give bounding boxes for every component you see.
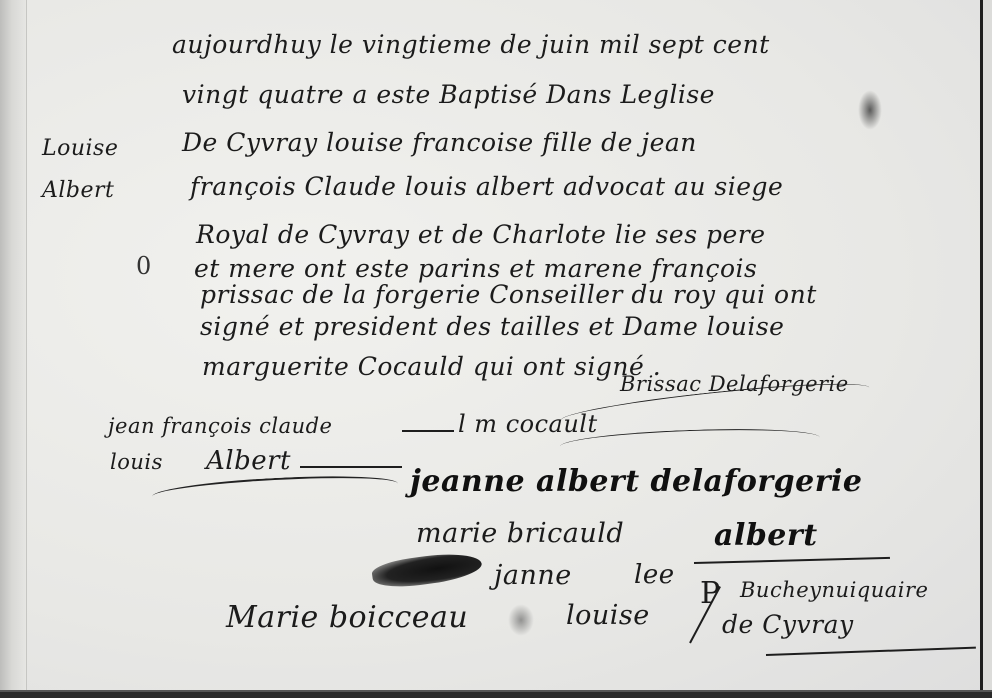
ink-smudge [858, 90, 882, 130]
body-line-3: De Cyvray louise francoise fille de jean [182, 128, 697, 157]
signature-father-line2: louis [110, 450, 163, 474]
body-line-1: aujourdhuy le vingtieme de juin mil sept… [172, 30, 770, 59]
signature-curate-line2: de Cyvray [722, 610, 854, 639]
signature-witness-1: jeanne albert delaforgerie [410, 464, 863, 499]
ink-blot [371, 548, 484, 591]
cut-off-previous-line: · · · [212, 0, 246, 10]
body-line-9: marguerite Cocauld qui ont signé . [202, 352, 661, 381]
margin-mark: 0 [136, 252, 152, 280]
signature-witness-3: albert [714, 518, 818, 553]
signature-curate-line1: Bucheynuiquaire [740, 578, 928, 602]
signature-flourish [152, 472, 399, 507]
ink-smudge [508, 604, 534, 636]
signature-witness-2: marie bricauld [416, 518, 624, 549]
body-line-7: prissac de la forgerie Conseiller du roy… [200, 280, 817, 309]
signature-godmother: l m cocault [458, 410, 598, 438]
page-binding-edge [0, 0, 27, 698]
signature-witness-4: janne [494, 560, 572, 591]
margin-name-last: Albert [42, 178, 114, 203]
dash-stroke [402, 430, 454, 432]
signature-father-line1: jean françois claude [108, 414, 332, 438]
signature-witness-5: Marie boicceau [226, 600, 468, 635]
body-line-4: françois Claude louis albert advocat au … [190, 172, 783, 201]
margin-name-first: Louise [42, 136, 118, 161]
underline-stroke [694, 557, 890, 564]
body-line-2: vingt quatre a este Baptisé Dans Leglise [182, 80, 715, 109]
register-page: · · · Louise Albert 0 aujourdhuy le ving… [0, 0, 992, 698]
body-line-5: Royal de Cyvray et de Charlote lie ses p… [196, 220, 766, 249]
underline-stroke [766, 647, 976, 656]
bottom-edge [0, 692, 992, 698]
body-line-6: et mere ont este parins et marene franço… [194, 254, 757, 283]
right-margin-strip [983, 0, 992, 698]
signature-flourish [560, 425, 821, 465]
signature-witness-4b: lee [634, 560, 675, 590]
body-line-8: signé et president des tailles et Dame l… [200, 312, 784, 341]
signature-witness-6: louise [566, 600, 650, 631]
signature-father-surname: Albert [206, 446, 291, 476]
dash-stroke [300, 466, 402, 468]
